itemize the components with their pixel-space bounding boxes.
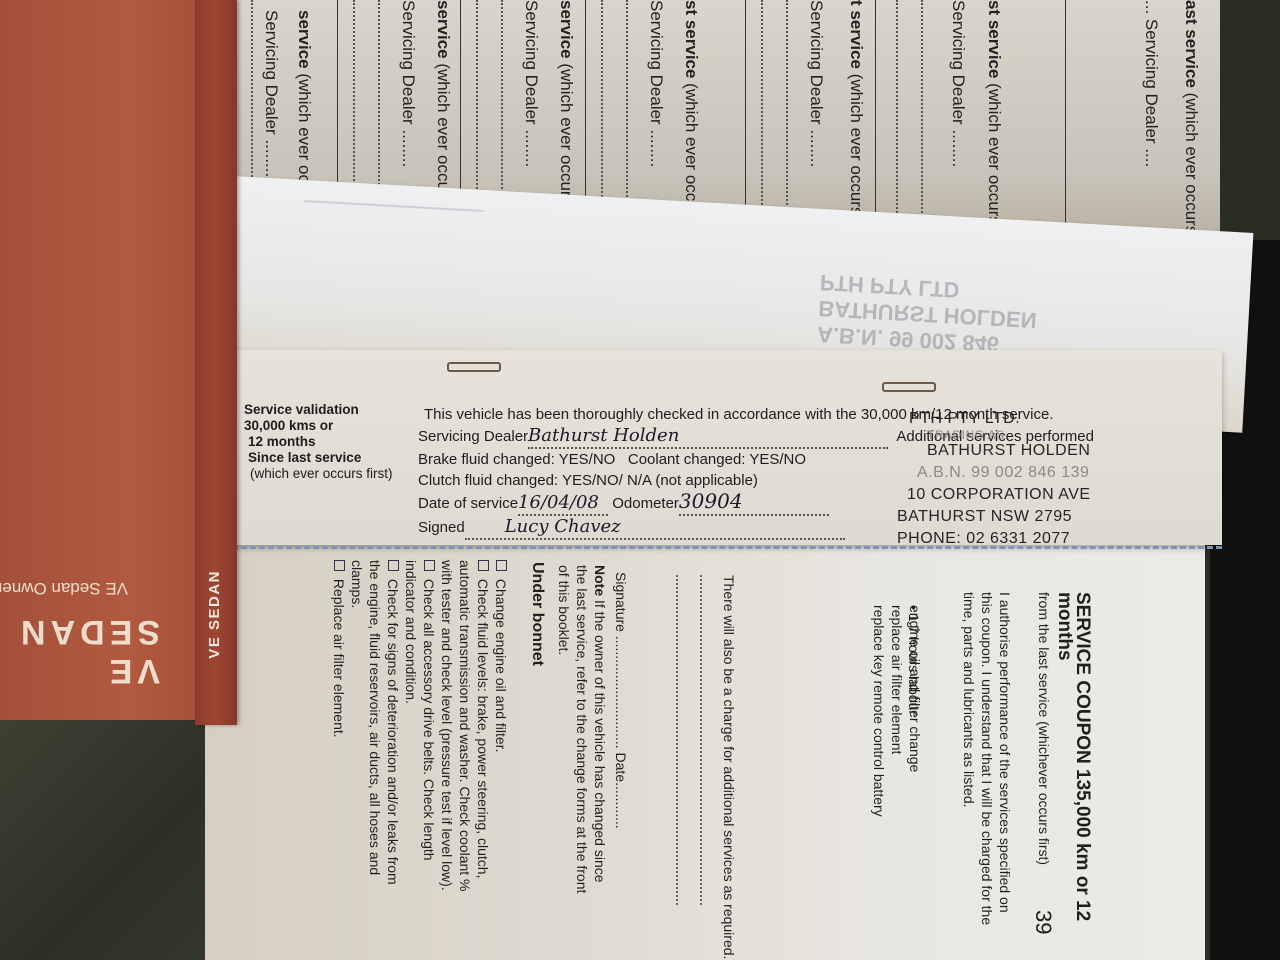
cover-subtitle: VE Sedan Owner's bbox=[0, 578, 128, 598]
checklist-item[interactable]: Check fluid levels: brake, power steerin… bbox=[438, 560, 492, 900]
checklist-item[interactable]: Check all accessory drive belts. Check l… bbox=[402, 560, 438, 900]
validation-heading-block: Service validation 30,000 kms or 12 mont… bbox=[244, 402, 393, 482]
coupon-title: SERVICE COUPON 135,000 km or 12 months bbox=[1055, 592, 1091, 960]
signature-field: Signature ............................. … bbox=[612, 572, 630, 829]
additional-charge-note: There will also be a charge for addition… bbox=[720, 575, 738, 959]
under-bonnet-heading: Under bonnet bbox=[528, 562, 546, 666]
checkbox-icon[interactable] bbox=[334, 560, 345, 571]
checklist-item[interactable]: Replace air filter element. bbox=[330, 560, 348, 900]
staple-icon bbox=[447, 362, 501, 372]
cover-title: VE SEDAN bbox=[0, 612, 160, 690]
faint-signature bbox=[300, 200, 484, 282]
dealer-stamp: PTH PTY LTD. TRADING AS BATHURST HOLDEN … bbox=[897, 408, 1091, 550]
owners-manual-cover: VE SEDAN VE Sedan Owner's bbox=[0, 0, 215, 720]
checklist-item[interactable]: Check for signs of deterioration and/or … bbox=[348, 560, 402, 900]
checkbox-icon[interactable] bbox=[424, 560, 435, 571]
service-validation-slip: Service validation 30,000 kms or 12 mont… bbox=[232, 350, 1222, 545]
dotted-line bbox=[676, 575, 678, 905]
service-column: Servicing Dealer ........ st service (wh… bbox=[875, 0, 1076, 245]
authorisation-text: I authorise performance of the services … bbox=[960, 592, 1014, 932]
perforation-line bbox=[232, 546, 1222, 549]
coupon-subtitle: from the last service (whichever occurs … bbox=[1035, 592, 1053, 865]
parts-bullet: engine oil and filter change replace air… bbox=[870, 605, 924, 865]
table-surface bbox=[0, 700, 220, 960]
ownership-note: Note If the owner of this vehicle has ch… bbox=[555, 565, 609, 895]
checkbox-icon[interactable] bbox=[478, 560, 489, 571]
checkbox-icon[interactable] bbox=[388, 560, 399, 571]
spine-title: VE SEDAN bbox=[206, 570, 223, 659]
service-column: ast service (which ever occurs ... Servi… bbox=[1065, 0, 1216, 245]
staple-icon bbox=[882, 382, 936, 392]
checkbox-icon[interactable] bbox=[496, 560, 507, 571]
page-number: 39 bbox=[1030, 910, 1056, 934]
checklist-item[interactable]: Change engine oil and filter. bbox=[492, 560, 510, 900]
checklist: Change engine oil and filter. Check flui… bbox=[370, 560, 510, 900]
dotted-line bbox=[700, 575, 702, 905]
